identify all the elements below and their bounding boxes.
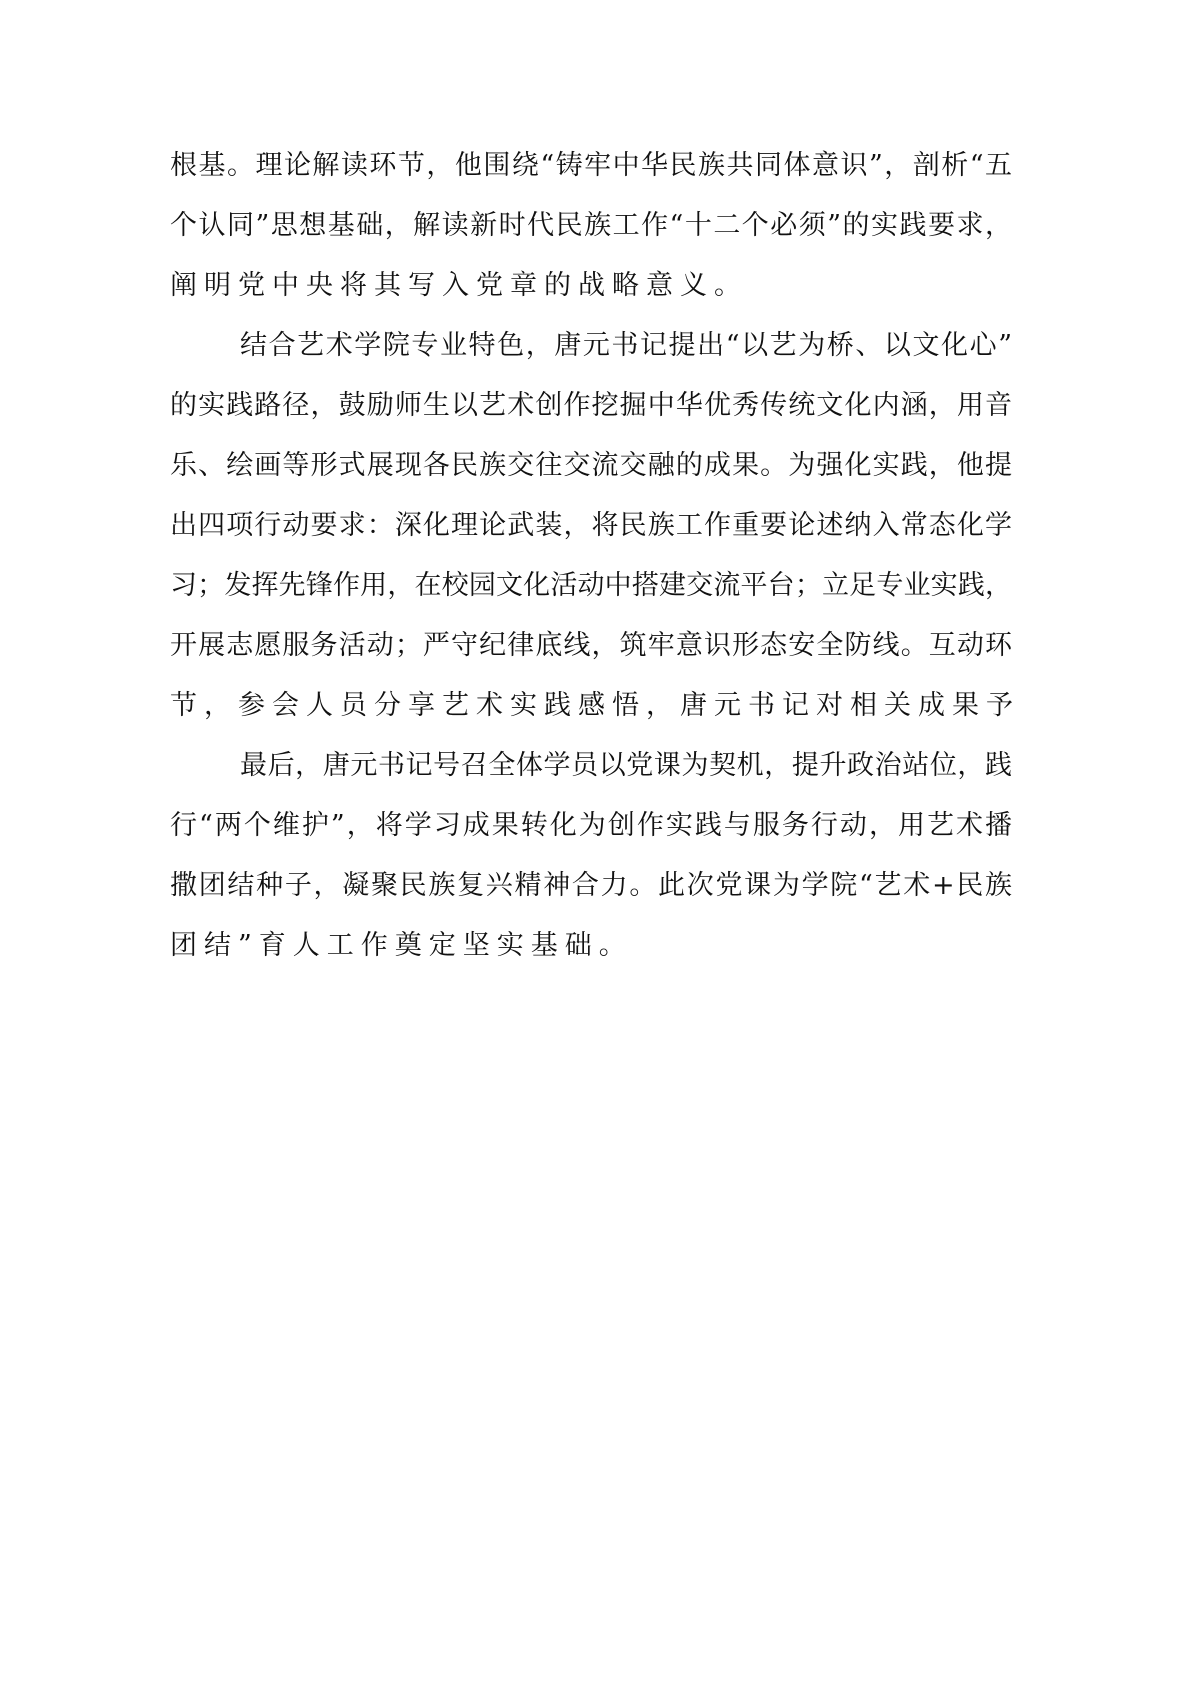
text-line: 阐明党中央将其写入党章的战略意义。 [170, 263, 1012, 323]
text-line: 行“两个维护”，将学习成果转化为创作实践与服务行动，用艺术播 [170, 803, 1012, 863]
text-line: 根基。理论解读环节，他围绕“铸牢中华民族共同体意识”，剖析“五 [170, 143, 1012, 203]
text-line: 团结”育人工作奠定坚实基础。 [170, 923, 1012, 983]
text-line: 节，参会人员分享艺术实践感悟，唐元书记对相关成果予以肯定。 [170, 683, 1012, 743]
paragraph-art-practice: 结合艺术学院专业特色，唐元书记提出“以艺为桥、以文化心” 的实践路径，鼓励师生以… [170, 323, 1012, 743]
body-text: 根基。理论解读环节，他围绕“铸牢中华民族共同体意识”，剖析“五 个认同”思想基础… [170, 143, 1012, 983]
text-line: 的实践路径，鼓励师生以艺术创作挖掘中华优秀传统文化内涵，用音 [170, 383, 1012, 443]
document-page: 根基。理论解读环节，他围绕“铸牢中华民族共同体意识”，剖析“五 个认同”思想基础… [0, 0, 1191, 1684]
text-line: 结合艺术学院专业特色，唐元书记提出“以艺为桥、以文化心” [170, 323, 1012, 383]
text-line: 撒团结种子，凝聚民族复兴精神合力。此次党课为学院“艺术+民族 [170, 863, 1012, 923]
text-line: 出四项行动要求：深化理论武装，将民族工作重要论述纳入常态化学 [170, 503, 1012, 563]
paragraph-conclusion: 最后，唐元书记号召全体学员以党课为契机，提升政治站位，践 行“两个维护”，将学习… [170, 743, 1012, 983]
text-line: 习；发挥先锋作用，在校园文化活动中搭建交流平台；立足专业实践， [170, 563, 1012, 623]
text-line: 开展志愿服务活动；严守纪律底线，筑牢意识形态安全防线。互动环 [170, 623, 1012, 683]
paragraph-theory-interpretation: 根基。理论解读环节，他围绕“铸牢中华民族共同体意识”，剖析“五 个认同”思想基础… [170, 143, 1012, 323]
text-line: 个认同”思想基础，解读新时代民族工作“十二个必须”的实践要求， [170, 203, 1012, 263]
text-line: 乐、绘画等形式展现各民族交往交流交融的成果。为强化实践，他提 [170, 443, 1012, 503]
text-line: 最后，唐元书记号召全体学员以党课为契机，提升政治站位，践 [170, 743, 1012, 803]
